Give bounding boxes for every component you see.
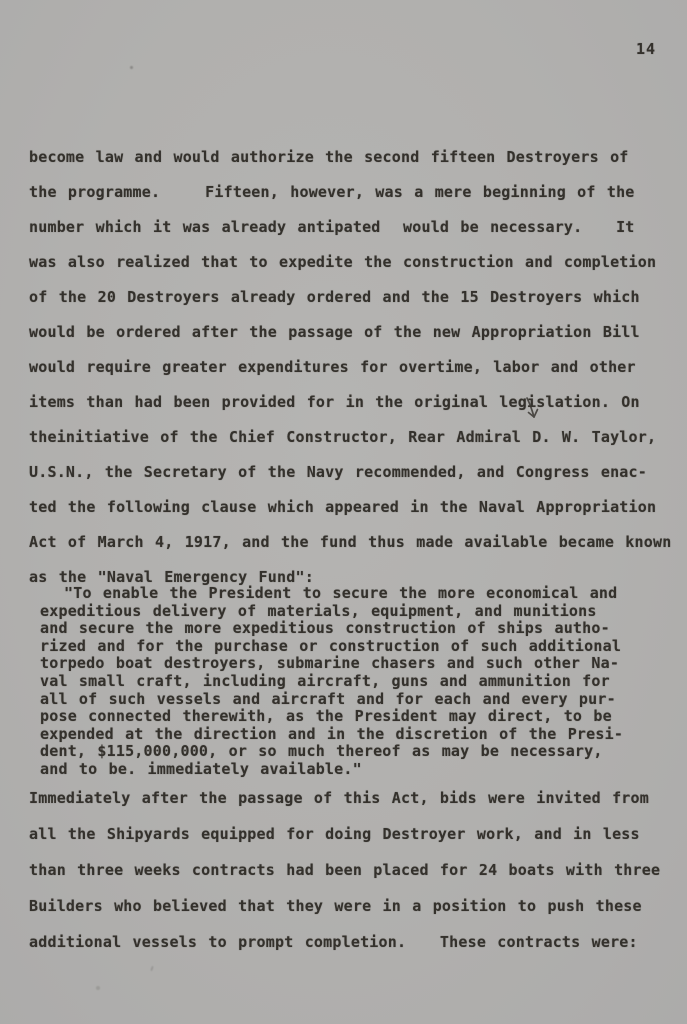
paper-speck <box>96 986 100 990</box>
text-line: expeditious delivery of materials, equip… <box>40 603 623 621</box>
text-line: all of such vessels and aircraft and for… <box>40 691 623 709</box>
text-line: theinitiative of the Chief Constructor, … <box>29 420 671 455</box>
text-line: ted the following clause which appeared … <box>29 490 671 525</box>
paragraph-1: become law and would authorize the secon… <box>29 140 671 595</box>
document-page: 14 become law and would authorize the se… <box>0 0 687 1024</box>
paper-speck <box>130 66 133 69</box>
text-line: pose connected therewith, as the Preside… <box>40 708 623 726</box>
handwritten-down-arrow-icon <box>523 396 545 424</box>
text-line: U.S.N., the Secretary of the Navy recomm… <box>29 455 671 490</box>
text-line: items than had been provided for in the … <box>29 385 671 420</box>
text-line: torpedo boat destroyers, submarine chase… <box>40 655 623 673</box>
paragraph-2: Immediately after the passage of this Ac… <box>29 780 660 960</box>
text-line: additional vessels to prompt completion.… <box>29 924 660 960</box>
text-line: Act of March 4, 1917, and the fund thus … <box>29 525 671 560</box>
paper-speck <box>150 966 153 971</box>
text-line: than three weeks contracts had been plac… <box>29 852 660 888</box>
text-line: and to be. immediately available." <box>40 761 623 779</box>
text-line: "To enable the President to secure the m… <box>40 585 623 603</box>
page-number: 14 <box>636 40 656 58</box>
text-line: val small craft, including aircraft, gun… <box>40 673 623 691</box>
text-line: Builders who believed that they were in … <box>29 888 660 924</box>
text-line: become law and would authorize the secon… <box>29 140 671 175</box>
text-line: would be ordered after the passage of th… <box>29 315 671 350</box>
text-line: rized and for the purchase or constructi… <box>40 638 623 656</box>
text-line: would require greater expenditures for o… <box>29 350 671 385</box>
text-line: and secure the more expeditious construc… <box>40 620 623 638</box>
text-line: was also realized that to expedite the c… <box>29 245 671 280</box>
text-line: number which it was already antipated wo… <box>29 210 671 245</box>
text-line: all the Shipyards equipped for doing Des… <box>29 816 660 852</box>
text-line: Immediately after the passage of this Ac… <box>29 780 660 816</box>
text-line: of the 20 Destroyers already ordered and… <box>29 280 671 315</box>
text-line: the programme. Fifteen, however, was a m… <box>29 175 671 210</box>
text-line: expended at the direction and in the dis… <box>40 726 623 744</box>
text-line: dent, $115,000,000, or so much thereof a… <box>40 743 623 761</box>
block-quote: "To enable the President to secure the m… <box>40 585 623 779</box>
